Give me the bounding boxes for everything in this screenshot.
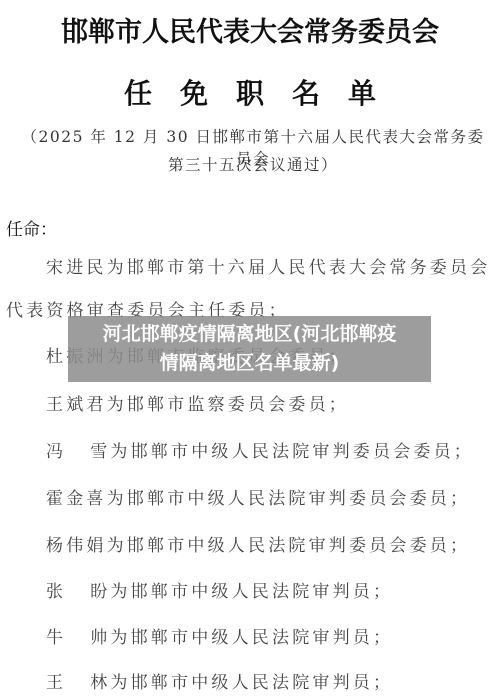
entry-text: 为邯郸市中级人民法院审判员； xyxy=(110,582,393,602)
entry-name-second: 林 xyxy=(90,673,110,693)
document-main-title: 任免职名单 xyxy=(0,72,500,112)
entry-line: 张盼为邯郸市中级人民法院审判员； xyxy=(46,577,393,602)
entry-line: 冯雪为邯郸市中级人民法院审判委员会委员； xyxy=(46,437,474,462)
caption-line2: 情隔离地区名单最新) xyxy=(68,349,431,378)
caption-overlay: 河北邯郸疫情隔离地区(河北邯郸疫 情隔离地区名单最新) xyxy=(68,316,431,382)
entry-name-first: 牛 xyxy=(46,628,66,648)
entry-name-second: 帅 xyxy=(90,628,110,648)
entry-name-second: 盼 xyxy=(90,582,110,602)
entry-line: 王斌君为邯郸市监察委员会委员； xyxy=(46,390,349,415)
document-subtitle-line2: 第三十五次会议通过） xyxy=(14,153,492,175)
entry-name-second: 雪 xyxy=(90,442,110,462)
entry-line: 杨伟娟为邯郸市中级人民法院审判委员会委员； xyxy=(46,531,470,556)
entry-name-first: 张 xyxy=(46,582,66,602)
entry-text: 为邯郸市中级人民法院审判员； xyxy=(110,673,393,693)
entry-line: 霍金喜为邯郸市中级人民法院审判委员会委员； xyxy=(46,484,470,509)
document-org-title: 邯郸市人民代表大会常务委员会 xyxy=(0,10,500,49)
section-label-appoint: 任命： xyxy=(6,215,57,240)
entry-line: 牛帅为邯郸市中级人民法院审判员； xyxy=(46,623,393,648)
caption-line1: 河北邯郸疫情隔离地区(河北邯郸疫 xyxy=(68,320,431,349)
entry-name-first: 王 xyxy=(46,673,66,693)
entry-line: 王林为邯郸市中级人民法院审判员； xyxy=(46,668,393,693)
entry-text: 为邯郸市中级人民法院审判委员会委员； xyxy=(110,442,474,462)
entry-line: 宋进民为邯郸市第十六届人民代表大会常务委员会 xyxy=(46,253,490,278)
entry-name-first: 冯 xyxy=(46,442,66,462)
entry-text: 为邯郸市中级人民法院审判员； xyxy=(110,628,393,648)
